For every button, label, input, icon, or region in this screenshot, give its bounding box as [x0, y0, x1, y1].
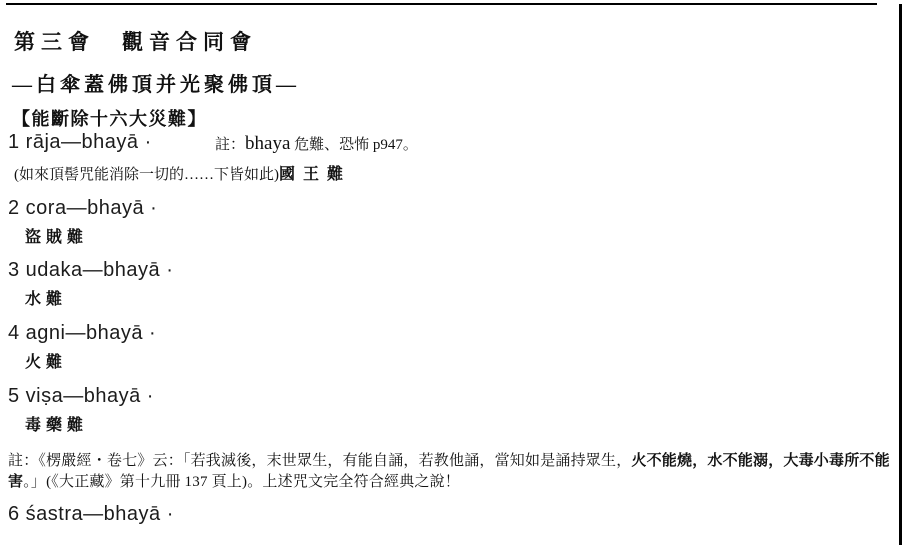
- item-5-gloss: 毒藥難: [25, 412, 88, 435]
- item-2-sanskrit: 2 cora—bhayā ·: [8, 197, 157, 220]
- page-title: 第三會 觀音合同會: [14, 26, 257, 56]
- sutra-footnote: 註：《楞嚴經・卷七》云：「若我滅後，末世眾生，有能自誦，若教他誦，當知如是誦持眾…: [8, 451, 897, 493]
- section-heading: 【能斷除十六大災難】: [12, 105, 207, 131]
- item-2-gloss: 盜賊難: [25, 224, 88, 247]
- item-3-gloss: 水難: [25, 286, 67, 309]
- item-1-note-text: 危難、恐怖 p947。: [290, 137, 418, 153]
- scanned-document-page: 第三會 觀音合同會 —白傘蓋佛頂并光聚佛頂— 【能斷除十六大災難】 1 rāja…: [0, 0, 905, 545]
- item-1-gloss-paren: (如來頂髻咒能消除一切的……下皆如此): [14, 167, 279, 183]
- page-right-border-line: [899, 4, 902, 545]
- footnote-tail: 。」(《大正藏》第十九冊 137 頁上)。上述咒文完全符合經典之說！: [23, 474, 460, 490]
- item-6-sanskrit: 6 śastra—bhayā ·: [8, 503, 174, 526]
- item-1-gloss: (如來頂髻咒能消除一切的……下皆如此)國王難: [14, 161, 351, 184]
- page-subtitle: —白傘蓋佛頂并光聚佛頂—: [12, 68, 300, 97]
- item-3-sanskrit: 3 udaka—bhayā ·: [8, 259, 173, 282]
- item-1-sanskrit: 1 rāja—bhayā ·: [8, 131, 152, 154]
- footnote-lead: 註：《楞嚴經・卷七》云：「若我滅後，末世眾生，有能自誦，若教他誦，當知如是誦持眾…: [8, 453, 631, 469]
- item-1-gloss-term: 國王難: [279, 166, 351, 183]
- item-4-gloss: 火難: [25, 349, 67, 372]
- item-5-sanskrit: 5 viṣa—bhayā ·: [8, 385, 154, 408]
- item-1-note-term: bhaya: [245, 133, 290, 154]
- item-1-note: 註：bhaya 危難、恐怖 p947。: [215, 133, 418, 155]
- item-4-sanskrit: 4 agni—bhayā ·: [8, 322, 156, 345]
- item-1-note-label: 註：: [215, 137, 245, 153]
- page-top-border-line: [6, 3, 877, 5]
